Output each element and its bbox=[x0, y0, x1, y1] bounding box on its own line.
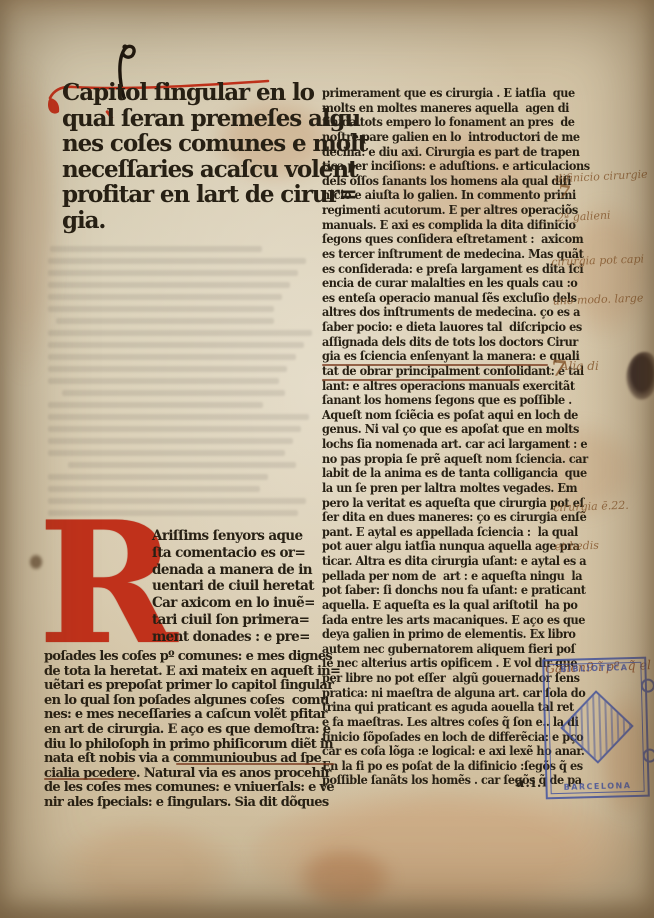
left-column-initial-paragraph: Ariſſims ſenyors aqueſta comentacio es o… bbox=[152, 528, 338, 646]
text-line: ſanant los homens ſegons que es poſſible… bbox=[322, 393, 546, 408]
text-line: trina qui praticant es aguda aouella tal… bbox=[322, 700, 546, 715]
text-line: es tercer inſtrument de medecina. Mas qu… bbox=[322, 247, 546, 262]
bleed-through-line bbox=[48, 366, 287, 372]
text-line: la un ſe pren per laltra moltes vegades.… bbox=[322, 481, 546, 496]
text-line: e fa maeſtras. Les altres coſes q̃ ſon e… bbox=[322, 715, 546, 730]
text-line: aſſignada dels dits de tots los doctors … bbox=[322, 335, 546, 350]
text-line: finida tots empero lo fonament an pres d… bbox=[322, 115, 546, 130]
text-line: Aqueſt nom ſciẽcia es poſat aqui en loch… bbox=[322, 408, 546, 423]
text-line: Ariſſims ſenyors aque bbox=[152, 528, 338, 545]
text-line: ſe nec alterius artis opificem . E vol d… bbox=[322, 656, 546, 671]
text-line: deya galien in primo de elementis. Ex li… bbox=[322, 627, 546, 642]
text-line: ſaber pocio: e dieta lauores tal diſcrip… bbox=[322, 320, 546, 335]
text-line: Car axicom en lo inuẽ= bbox=[152, 595, 338, 612]
heading-line: nes coſes comunes e molt bbox=[62, 131, 342, 157]
text-line: no pas propia ſe prẽ aqueſt nom ſciencia… bbox=[322, 452, 546, 467]
heading-line: qual ſeran premeſes algu bbox=[62, 106, 342, 132]
text-line: pellada per nom de art : e aqueſta ningu… bbox=[322, 569, 546, 584]
stain bbox=[55, 818, 240, 918]
text-line: cialia pcedere. Natural via es anos proc… bbox=[44, 767, 340, 782]
bleed-through-line bbox=[48, 414, 309, 420]
text-line: noſtre pare galien en lo introductori de… bbox=[322, 130, 546, 145]
stain bbox=[0, 0, 654, 26]
bleed-through-line bbox=[48, 270, 298, 276]
margin-note-line: et bedis bbox=[554, 538, 630, 554]
bleed-through-line bbox=[48, 438, 293, 444]
text-line: molts en moltes maneres aquella agen di bbox=[322, 101, 546, 116]
bleed-through-line bbox=[48, 282, 290, 288]
text-line: tari ciuil ſon primera= bbox=[152, 612, 338, 629]
heading-line: Capitol ſingular en lo bbox=[62, 80, 342, 106]
text-line: pot auer algu iatſia nunqua aquella age … bbox=[322, 539, 546, 554]
text-line: genus. Ni val ço que es apoſat que en mo… bbox=[322, 422, 546, 437]
text-line: dels oſſos ſanants los homens ala qual d… bbox=[322, 174, 546, 189]
book-page: Capitol ſingular en loqual ſeran premeſe… bbox=[0, 0, 654, 918]
heading-line: neceſſaries acaſcu volent bbox=[62, 157, 342, 183]
text-line: en art de cirurgia. E aço es que demoſtr… bbox=[44, 723, 340, 738]
text-line: gia es ſciencia enſenyant la manera: e q… bbox=[322, 349, 546, 364]
text-line: manuals. E axi es complida la dita difin… bbox=[322, 218, 546, 233]
margin-note-line: cirurgia ē.22. bbox=[553, 499, 629, 515]
chapter-heading: Capitol ſingular en loqual ſeran premeſe… bbox=[62, 80, 342, 233]
text-line: regimenti acutorum. E per altres operaci… bbox=[322, 203, 546, 218]
bleed-through-line bbox=[48, 330, 312, 336]
bleed-through-line bbox=[48, 474, 268, 480]
margin-note-2: cirurgia pot capi uno modo. large bbox=[550, 226, 646, 333]
text-line: lochs ſia nomenada art. car aci largamen… bbox=[322, 437, 546, 452]
bleed-through-line bbox=[68, 462, 296, 468]
text-line: primerament que es cirurgia . E iatſia q… bbox=[322, 86, 546, 101]
bleed-through-line bbox=[48, 378, 279, 384]
left-column-body: poſades les coſes pº comunes: e mes dign… bbox=[44, 650, 340, 811]
text-line: ticar. Altra es dita cirurgia uſant: e a… bbox=[322, 554, 546, 569]
text-line: labit de la anima es de tanta colliganci… bbox=[322, 466, 546, 481]
text-line: denada a manera de in bbox=[152, 562, 338, 579]
bleed-through-line bbox=[48, 294, 282, 300]
text-line: tat de obrar principalment conſolidant: … bbox=[322, 364, 546, 379]
bleed-through-line bbox=[50, 246, 262, 252]
bleed-through-line bbox=[56, 318, 274, 324]
text-line: poſſible ſanãts los homẽs . car ſegõs q̃… bbox=[322, 773, 546, 788]
text-line: poſades les coſes pº comunes: e mes dign… bbox=[44, 650, 340, 665]
margin-note-line: 2ª galieni bbox=[557, 207, 650, 225]
text-line: uentari de ciuil heretat bbox=[152, 578, 338, 595]
ink-blot bbox=[626, 352, 654, 400]
text-line: nicio e aiuſta lo galien. In commento pr… bbox=[322, 188, 546, 203]
text-line: ſegons ques conſidera eſtretament : axic… bbox=[322, 232, 546, 247]
margin-note-4: cirurgia ē.22. et bedis bbox=[552, 473, 631, 580]
stamp-ornament bbox=[643, 748, 654, 762]
heading-line: profitar en lart de cirur= bbox=[62, 182, 342, 208]
bleed-through-line bbox=[48, 426, 301, 432]
signature-mark: a.i. bbox=[516, 776, 542, 791]
margin-note-line: uno modo. large bbox=[552, 291, 645, 307]
text-line: aquella. E aqueſta es la qual ariſtotil … bbox=[322, 598, 546, 613]
bleed-through-line bbox=[48, 450, 285, 456]
text-line: diu lo philoſoph in primo phiſicorum diẽ… bbox=[44, 738, 340, 753]
text-line: en lo qual ſon poſades algunes coſes com… bbox=[44, 694, 340, 709]
right-column-body: primerament que es cirurgia . E iatſia q… bbox=[322, 86, 560, 788]
bleed-through-line bbox=[48, 402, 263, 408]
bleed-through-line bbox=[48, 258, 306, 264]
bleed-through-line bbox=[62, 390, 285, 396]
text-line: pero la veritat es aqueſta que cirurgia … bbox=[322, 496, 546, 511]
text-line: car es coſa lõga :e logical: e axi lexẽ … bbox=[322, 744, 546, 759]
text-line: per libre no pot eſſer algũ gouernador ſ… bbox=[322, 671, 546, 686]
text-line: altres dos inſtruments de medecina. ço e… bbox=[322, 305, 546, 320]
text-line: ſada entre les arts macaniques. E aço es… bbox=[322, 613, 546, 628]
text-line: es conſiderada: e preſa largament es dit… bbox=[322, 262, 546, 277]
text-line: nata eſt nobis via a communioubus ad ſpe bbox=[44, 752, 340, 767]
text-line: pot ſaber: ſi donchs nou fa uſant: e pra… bbox=[322, 583, 546, 598]
bleed-through-line bbox=[48, 342, 304, 348]
text-line: de les coſes mes comunes: e vniuerſals: … bbox=[44, 781, 340, 796]
bleed-through-line bbox=[48, 306, 274, 312]
text-line: ſta comentacio es or= bbox=[152, 545, 338, 562]
text-line: lant: e altres operacions manuals exerci… bbox=[322, 379, 546, 394]
text-line: pant. E aytal es appellada ſciencia : la… bbox=[322, 525, 546, 540]
heading-line: gia. bbox=[62, 208, 342, 234]
text-line: nir ales ſpecials: e ſingulars. Sia dit … bbox=[44, 796, 340, 811]
bleed-through-line bbox=[48, 354, 296, 360]
text-line: nes: e mes neceſſaries a caſcun volẽt pf… bbox=[44, 708, 340, 723]
text-line: es enteſa operacio manual ſẽs excluſio d… bbox=[322, 291, 546, 306]
text-line: uẽtari es prepoſat primer lo capitol ſin… bbox=[44, 679, 340, 694]
text-line: autem nec gubernatorem aliquem fieri poſ bbox=[322, 642, 546, 657]
text-line: ſer dita en dues maneres: ço es cirurgia… bbox=[322, 510, 546, 525]
text-line: de tota la heretat. E axi mateix en aque… bbox=[44, 665, 340, 680]
text-line: ment donades : e pre= bbox=[152, 629, 338, 646]
text-line: pratica: ni maeſtra de alguna art. car ſ… bbox=[322, 686, 546, 701]
text-line: En la fi po es poſat de la difinicio :ſe… bbox=[322, 759, 546, 774]
text-line: decina: e diu axi. Cirurgia es part de t… bbox=[322, 145, 546, 160]
bleed-through-text bbox=[46, 240, 318, 522]
text-line: finicio ſõpoſades en loch de differẽcia:… bbox=[322, 730, 546, 745]
text-line: encia de curar malalties en les quals ca… bbox=[322, 276, 546, 291]
library-stamp: BIBLIOTECA BARCELONA bbox=[542, 657, 650, 800]
margin-paragraph-mark: 7 bbox=[550, 355, 568, 382]
stain bbox=[295, 845, 395, 910]
margin-note-line: cirurgia pot capi bbox=[551, 252, 644, 268]
text-line: tica per inciſions: e aduſtions. e artic… bbox=[322, 159, 546, 174]
stamp-ornament bbox=[641, 678, 654, 692]
